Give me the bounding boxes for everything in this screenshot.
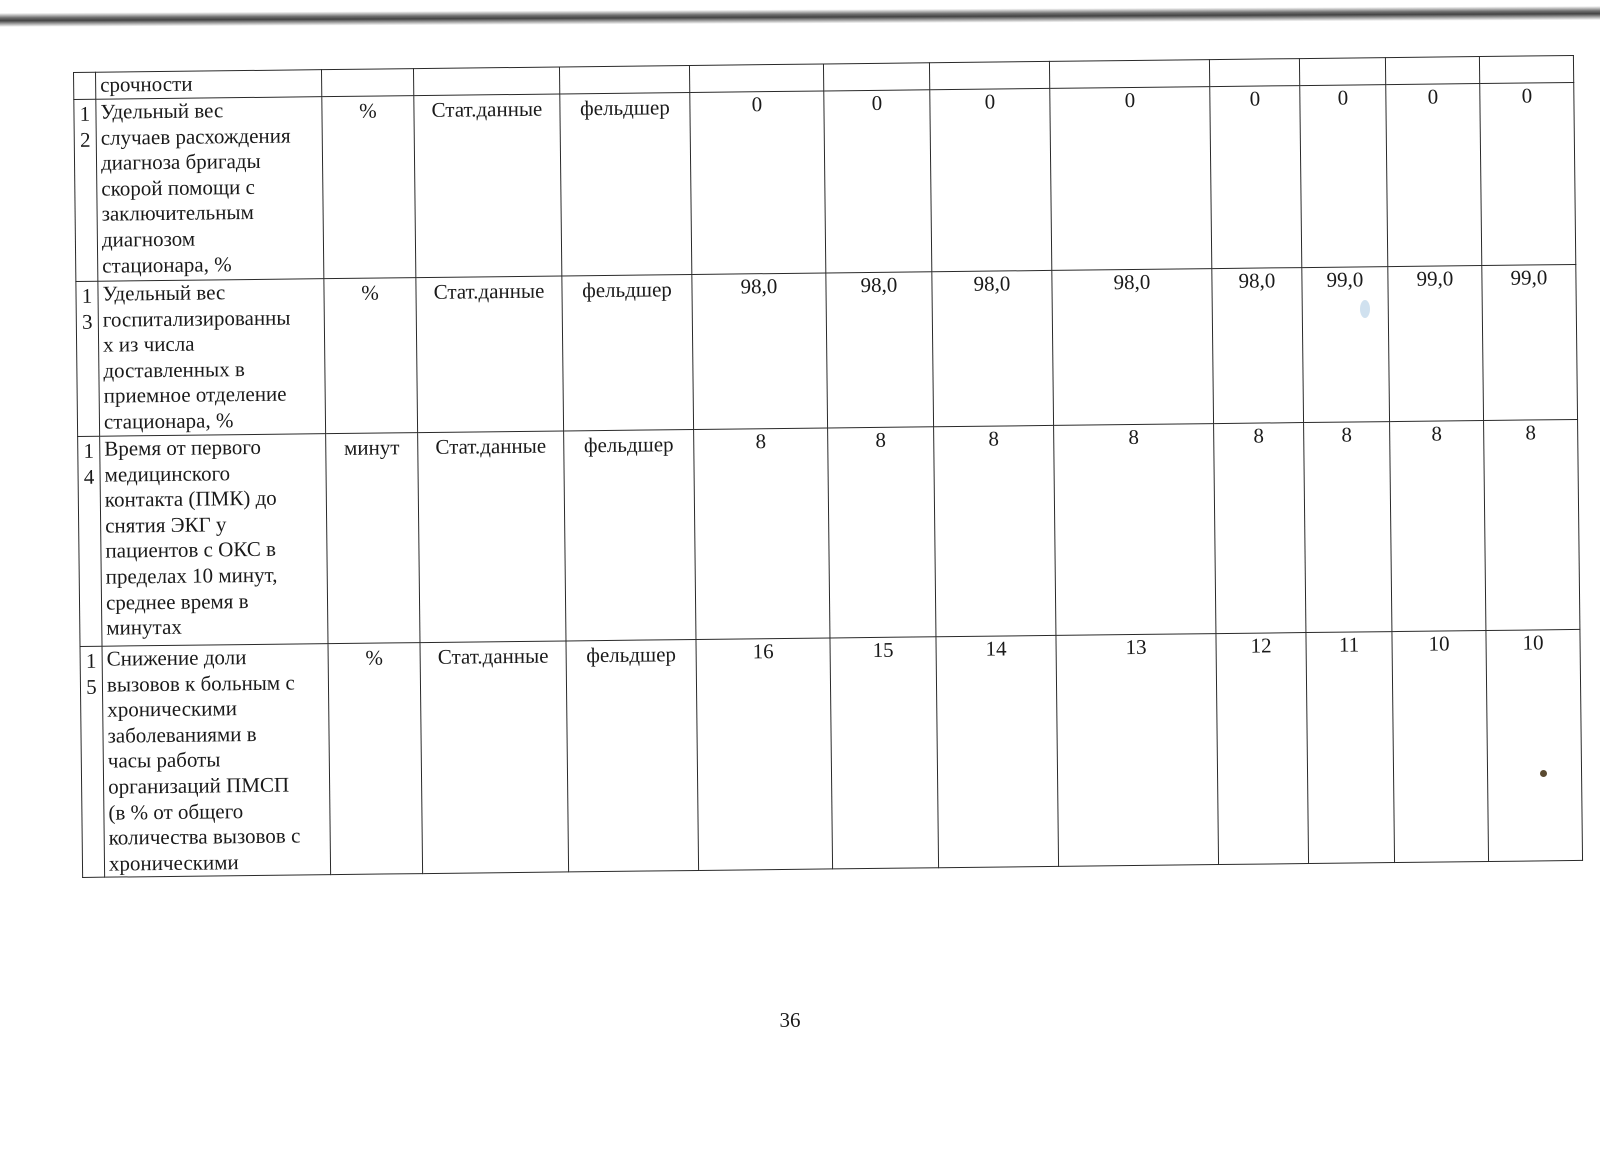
indicator-line: медицинского bbox=[104, 460, 323, 488]
value-cell: 99,0 bbox=[1302, 267, 1390, 423]
row-number-cell: 12 bbox=[74, 99, 98, 281]
value-cell: 99,0 bbox=[1388, 266, 1484, 422]
row-number-digit: 1 bbox=[81, 649, 102, 675]
row-number-digit: 4 bbox=[78, 464, 99, 490]
unit-cell: % bbox=[328, 643, 423, 875]
indicator-cell: Удельный весгоспитализированных из числа… bbox=[98, 279, 326, 437]
indicator-line: среднее время в bbox=[106, 588, 325, 616]
value-cell: 98,0 bbox=[1212, 268, 1304, 424]
indicator-line: скорой помощи с bbox=[101, 174, 320, 202]
value-cell: 98,0 bbox=[692, 273, 828, 430]
row-number-digit: 1 bbox=[74, 102, 95, 128]
indicator-line: контакта (ПМК) до bbox=[105, 485, 324, 513]
indicator-line: хроническими bbox=[107, 695, 326, 723]
indicator-line: хроническими bbox=[109, 849, 328, 877]
value-cell: 16 bbox=[696, 638, 833, 871]
source-cell: Стат.данные bbox=[418, 431, 566, 643]
indicator-line: пациентов с ОКС в bbox=[105, 537, 324, 565]
page-number: 36 bbox=[0, 1008, 1590, 1033]
value-cell: 0 bbox=[824, 90, 932, 273]
indicator-line: х из числа bbox=[103, 330, 322, 358]
value-cell: 14 bbox=[936, 635, 1059, 868]
value-cell: 8 bbox=[1304, 422, 1392, 633]
indicator-cell: срочности bbox=[96, 70, 322, 100]
indicator-line: вызовов к больным с bbox=[107, 670, 326, 698]
value-cell: 8 bbox=[1214, 423, 1306, 634]
responsible-cell: фельдшер bbox=[566, 639, 699, 872]
value-cell: 8 bbox=[1054, 424, 1216, 636]
value-cell: 8 bbox=[694, 428, 830, 640]
responsible-cell: фельдшер bbox=[560, 93, 692, 276]
indicator-line: Снижение доли bbox=[107, 644, 326, 672]
source-cell: Стат.данные bbox=[416, 276, 564, 433]
value-cell: 0 bbox=[690, 91, 826, 275]
responsible-cell: фельдшер bbox=[564, 429, 696, 640]
indicator-line: пределах 10 минут, bbox=[106, 562, 325, 590]
value-cell: 10 bbox=[1392, 631, 1489, 863]
value-cell: 0 bbox=[930, 88, 1052, 271]
indicator-line: Удельный вес bbox=[100, 97, 319, 125]
value-cell: 8 bbox=[1484, 419, 1580, 630]
indicator-line: диагноза бригады bbox=[101, 148, 320, 176]
indicator-line: стационара, % bbox=[102, 251, 321, 279]
table-row: 13Удельный весгоспитализированных из чис… bbox=[76, 264, 1578, 436]
indicators-table: срочности 12Удельный весслучаев расхожде… bbox=[73, 55, 1583, 878]
value-cell: 99,0 bbox=[1482, 264, 1578, 420]
value-cell: 0 bbox=[1050, 87, 1212, 271]
indicator-line: количества вызовов с bbox=[109, 823, 328, 851]
indicator-line: Удельный вес bbox=[102, 279, 321, 307]
indicator-line: организаций ПМСП bbox=[108, 772, 327, 800]
document-page: срочности 12Удельный весслучаев расхожде… bbox=[73, 55, 1582, 878]
value-cell: 11 bbox=[1306, 632, 1395, 864]
number-cell bbox=[74, 72, 96, 99]
indicator-line: снятия ЭКГ у bbox=[105, 511, 324, 539]
indicator-cell: Время от первогомедицинскогоконтакта (ПМ… bbox=[100, 434, 328, 647]
value-cell: 98,0 bbox=[1052, 269, 1214, 426]
scan-shadow-edge bbox=[0, 6, 1600, 27]
row-number-digit: 1 bbox=[76, 284, 97, 310]
table-row: 14Время от первогомедицинскогоконтакта (… bbox=[78, 419, 1580, 646]
unit-cell: % bbox=[324, 278, 418, 434]
indicator-line: Время от первого bbox=[104, 434, 323, 462]
blue-smudge bbox=[1360, 300, 1370, 318]
indicator-cell: Снижение доливызовов к больным схроничес… bbox=[102, 644, 331, 878]
indicator-line: минутах bbox=[106, 613, 325, 641]
indicator-cell: Удельный весслучаев расхождениядиагноза … bbox=[96, 97, 324, 282]
value-cell: 8 bbox=[828, 427, 936, 638]
value-cell: 12 bbox=[1216, 633, 1309, 865]
indicator-line: госпитализированны bbox=[103, 305, 322, 333]
row-number-digit: 3 bbox=[77, 309, 98, 335]
value-cell: 8 bbox=[1390, 421, 1486, 632]
indicator-line: стационара, % bbox=[104, 407, 323, 435]
indicator-line: приемное отделение bbox=[104, 382, 323, 410]
source-cell: Стат.данные bbox=[414, 94, 562, 278]
indicator-line: заболеваниями в bbox=[107, 721, 326, 749]
value-cell: 0 bbox=[1300, 85, 1388, 268]
table-row: 12Удельный весслучаев расхождениядиагноз… bbox=[74, 82, 1576, 281]
unit-cell: минут bbox=[326, 433, 420, 644]
indicator-line: случаев расхождения bbox=[101, 123, 320, 151]
table-row: 15Снижение доливызовов к больным схронич… bbox=[80, 629, 1583, 877]
value-cell: 98,0 bbox=[932, 270, 1054, 426]
value-cell: 10 bbox=[1486, 629, 1583, 861]
indicator-line: заключительным bbox=[101, 200, 320, 228]
value-cell: 0 bbox=[1480, 82, 1576, 265]
value-cell: 8 bbox=[934, 425, 1056, 636]
indicator-line: (в % от общего bbox=[108, 798, 327, 826]
row-number-cell: 14 bbox=[78, 436, 102, 646]
value-cell: 0 bbox=[1386, 84, 1482, 267]
indicator-line: часы работы bbox=[108, 747, 327, 775]
row-number-digit: 5 bbox=[81, 674, 102, 700]
row-number-cell: 13 bbox=[76, 281, 100, 436]
responsible-cell: фельдшер bbox=[562, 274, 694, 430]
value-cell: 0 bbox=[1210, 86, 1302, 269]
indicator-line: диагнозом bbox=[102, 225, 321, 253]
unit-cell: % bbox=[322, 96, 416, 279]
row-number-cell: 15 bbox=[80, 646, 105, 878]
ink-speck bbox=[1540, 770, 1547, 777]
indicator-line: доставленных в bbox=[103, 356, 322, 384]
source-cell: Стат.данные bbox=[420, 641, 569, 874]
value-cell: 98,0 bbox=[826, 272, 934, 428]
row-number-digit: 1 bbox=[78, 439, 99, 465]
value-cell: 15 bbox=[830, 637, 939, 870]
value-cell: 13 bbox=[1056, 634, 1219, 867]
row-number-digit: 2 bbox=[75, 127, 96, 153]
